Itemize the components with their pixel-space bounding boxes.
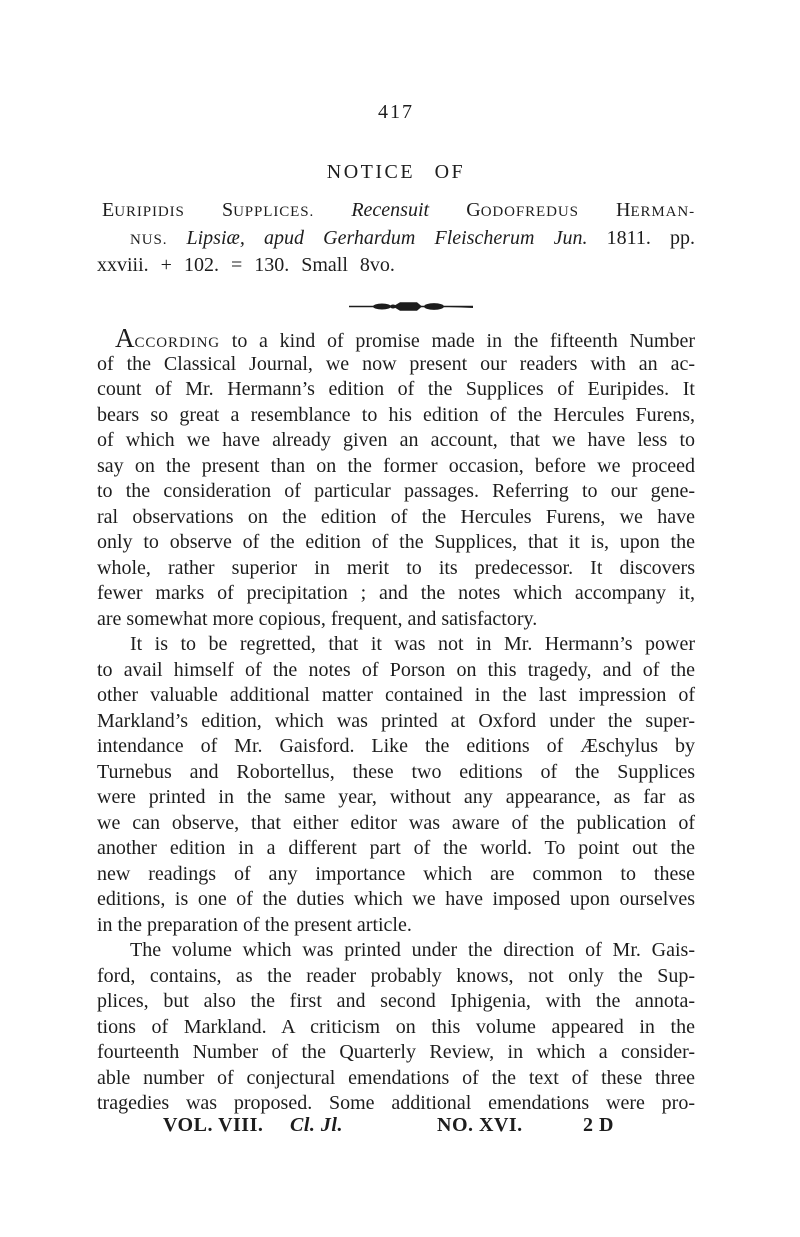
text-segment: 1811. pp. [587,227,695,249]
body-line: It is to be regretted, that it was not i… [97,632,695,658]
body-line: tions of Markland. A criticism on this v… [97,1015,695,1041]
body-line: whole, rather superior in merit to its p… [97,556,695,582]
body-line: intendance of Mr. Gaisford. Like the edi… [97,734,695,760]
body-line: editions, is one of the duties which we … [97,887,695,913]
body-line: plices, but also the first and second Ip… [97,989,695,1015]
text-segment: UPPLICES. [233,204,314,220]
text-segment [429,199,466,221]
citation-block: EURIPIDIS SUPPLICES. Recensuit GODOFREDU… [97,197,695,280]
volume-label: VOL. VIII. [163,1114,263,1137]
text-segment [167,227,186,249]
scanned-book-page: 417 NOTICE OF EURIPIDIS SUPPLICES. Recen… [0,0,800,1237]
text-segment: E [102,199,114,221]
text-segment: ERMAN- [630,204,695,220]
text-segment: CCORDING [135,335,221,351]
body-line: ACCORDING to a kind of promise made in t… [97,326,695,352]
signature-mark: 2 D [583,1114,614,1137]
drop-cap: A [115,323,135,353]
section-title: NOTICE OF [97,161,695,184]
body-line: count of Mr. Hermann’s edition of the Su… [97,377,695,403]
body-line: other valuable additional matter contain… [97,683,695,709]
body-line: Turnebus and Robortellus, these two edit… [97,760,695,786]
text-segment [579,199,616,221]
body-line: ford, contains, as the reader probably k… [97,964,695,990]
body-line: another edition in a different part of t… [97,836,695,862]
body-line: of which we have already given an accoun… [97,428,695,454]
body-line: in the preparation of the present articl… [97,913,695,939]
journal-abbreviation: Cl. Jl. [290,1114,343,1137]
text-segment: Recensuit [351,199,429,221]
body-line: bears so great a resemblance to his edit… [97,403,695,429]
citation-line: NUS. Lipsiæ, apud Gerhardum Fleischerum … [97,225,695,253]
page-number: 417 [97,101,695,124]
text-segment: Lipsiæ, apud Gerhardum Fleischerum Jun. [187,227,588,249]
body-line: able number of conjectural emendations o… [97,1066,695,1092]
text-segment: G [466,199,480,221]
text-segment: to a kind of promise made in the fifteen… [220,330,695,352]
issue-label: NO. XVI. [437,1114,523,1137]
body-line: say on the present than on the former oc… [97,454,695,480]
text-segment: NUS. [130,232,167,248]
body-line: only to observe of the edition of the Su… [97,530,695,556]
text-segment [185,199,222,221]
body-line: were printed in the same year, without a… [97,785,695,811]
body-line: Markland’s edition, which was printed at… [97,709,695,735]
text-segment: S [222,199,233,221]
page-footer: VOL. VIII. Cl. Jl. NO. XVI. 2 D [97,1114,695,1140]
text-segment: H [616,199,630,221]
body-text: ACCORDING to a kind of promise made in t… [97,326,695,1117]
body-line: The volume which was printed under the d… [97,938,695,964]
body-line: new readings of any importance which are… [97,862,695,888]
body-line: are somewhat more copious, frequent, and… [97,607,695,633]
body-line: we can observe, that either editor was a… [97,811,695,837]
body-line: to avail himself of the notes of Porson … [97,658,695,684]
text-segment: URIPIDIS [114,204,185,220]
body-line: fourteenth Number of the Quarterly Revie… [97,1040,695,1066]
citation-line: EURIPIDIS SUPPLICES. Recensuit GODOFREDU… [97,197,695,225]
body-line: of the Classical Journal, we now present… [97,352,695,378]
text-segment: ODOFREDUS [481,204,579,220]
text-segment [314,199,351,221]
body-line: ral observations on the edition of the H… [97,505,695,531]
body-line: fewer marks of precipitation ; and the n… [97,581,695,607]
citation-line: xxviii. + 102. = 130. Small 8vo. [97,252,695,280]
divider-ornament-icon [349,299,473,317]
body-line: to the consideration of particular passa… [97,479,695,505]
text-segment: xxviii. + 102. = 130. Small 8vo. [97,254,395,276]
body-line: tragedies was proposed. Some additional … [97,1091,695,1117]
